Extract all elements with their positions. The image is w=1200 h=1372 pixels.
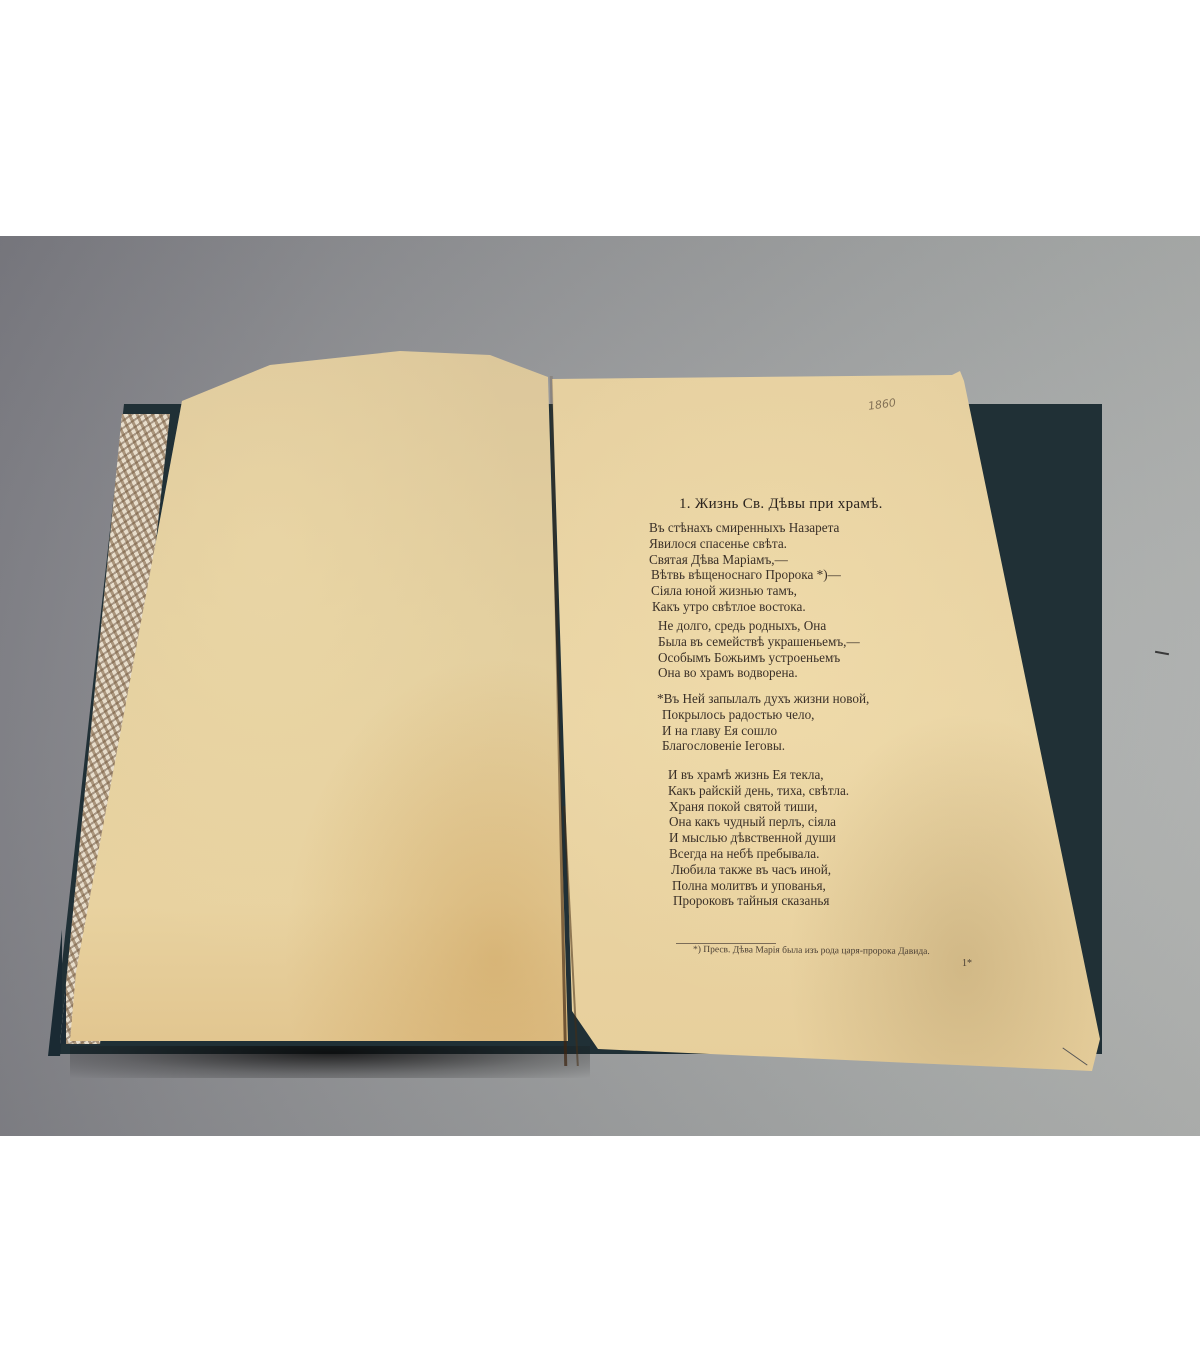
- poem-line: Храня покой святой тиши,: [668, 799, 849, 815]
- book-photo: 1860 1. Жизнь Св. Дѣвы при храмѣ. Въ стѣ…: [0, 236, 1200, 1136]
- poem-line: Она во храмъ водворена.: [658, 665, 860, 681]
- stanza-3: *Въ Ней запылалъ духъ жизни новой, Покры…: [657, 691, 869, 754]
- stanza-4: И въ храмѣ жизнь Ея текла, Какъ райскій …: [668, 767, 849, 909]
- poem-line: Особымъ Божьимъ устроеньемъ: [658, 650, 860, 666]
- poem-line: Вѣтвь вѣщеноснаго Пророка *)—: [649, 567, 841, 583]
- signature-mark: 1*: [962, 958, 972, 969]
- chapter-title: 1. Жизнь Св. Дѣвы при храмѣ.: [679, 496, 883, 513]
- poem-line: И на главу Ея сошло: [657, 723, 869, 739]
- stanza-2: Не долго, средь родныхъ, Она Была въ сем…: [658, 618, 860, 681]
- poem-line: И мыслью дѣвственной души: [668, 830, 849, 846]
- poem-line: Любила также въ часъ иной,: [668, 862, 849, 878]
- poem-line: Пророковъ тайныя сказанья: [668, 893, 849, 909]
- handwritten-note: 1860: [867, 396, 897, 413]
- footnote: *) Пресв. Дѣва Марія была изъ рода царя-…: [693, 945, 930, 957]
- poem-line: И въ храмѣ жизнь Ея текла,: [668, 767, 849, 783]
- poem-line: Полна молитвъ и упованья,: [668, 878, 849, 894]
- right-page-text: 1860 1. Жизнь Св. Дѣвы при храмѣ. Въ стѣ…: [0, 236, 1200, 1136]
- poem-line: Святая Дѣва Маріамъ,—: [649, 552, 841, 568]
- poem-line: Сіяла юной жизнью тамъ,: [649, 583, 841, 599]
- stanza-1: Въ стѣнахъ смиренныхъ Назарета Явилося с…: [649, 520, 841, 615]
- poem-line: Въ стѣнахъ смиренныхъ Назарета: [649, 520, 841, 536]
- footnote-rule: [676, 943, 776, 944]
- poem-line: Она какъ чудный перлъ, сіяла: [668, 814, 849, 830]
- poem-line: Явилося спасенье свѣта.: [649, 536, 841, 552]
- poem-line: Какъ утро свѣтлое востока.: [649, 599, 841, 615]
- poem-line: Благословеніе Іеговы.: [657, 738, 869, 754]
- poem-line: Всегда на небѣ пребывала.: [668, 846, 849, 862]
- poem-line: Покрылось радостью чело,: [657, 707, 869, 723]
- poem-line: Была въ семействѣ украшеньемъ,—: [658, 634, 860, 650]
- poem-line: Какъ райскій день, тиха, свѣтла.: [668, 783, 849, 799]
- poem-line: *Въ Ней запылалъ духъ жизни новой,: [657, 691, 869, 707]
- poem-line: Не долго, средь родныхъ, Она: [658, 618, 860, 634]
